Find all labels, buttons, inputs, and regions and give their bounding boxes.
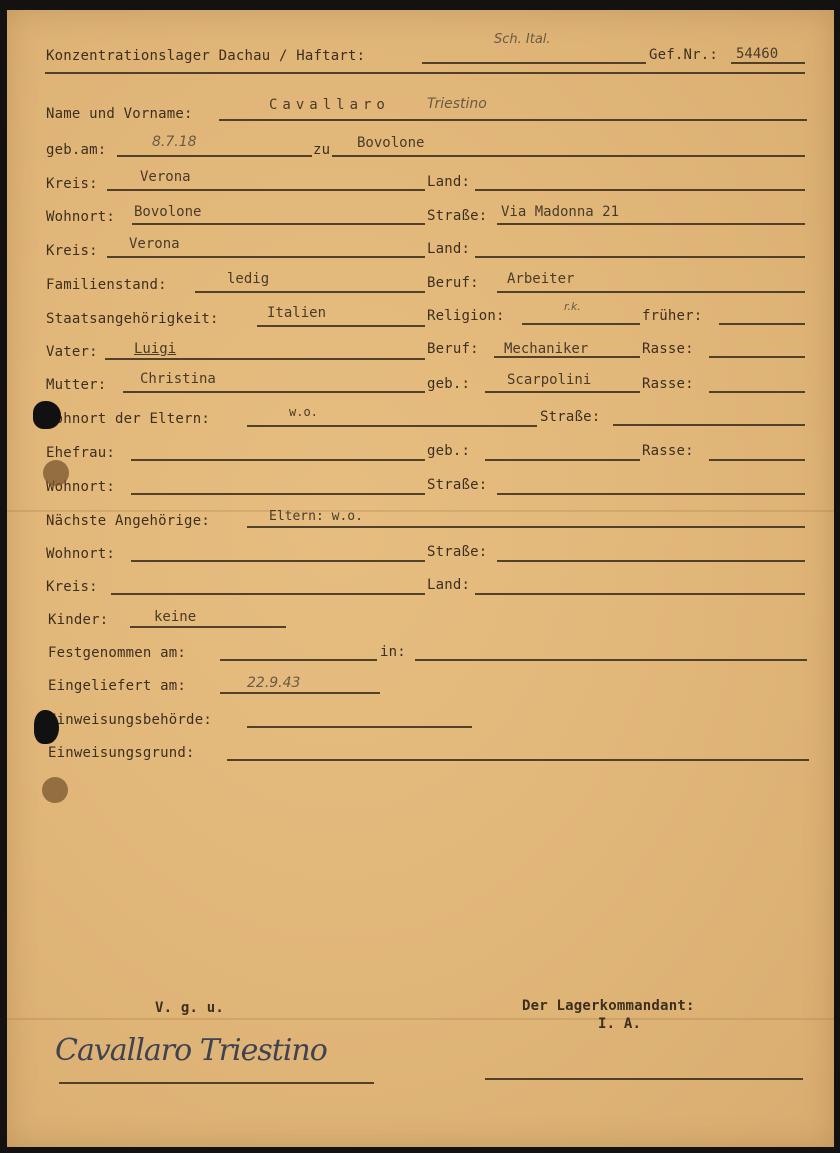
field-line — [497, 223, 805, 225]
field-line — [415, 659, 807, 661]
fold-line — [7, 510, 834, 512]
vater-label: Vater: — [46, 345, 98, 359]
einweisungsgrund-label: Einweisungsgrund: — [48, 746, 195, 760]
field-line — [485, 459, 640, 461]
field-line — [731, 62, 805, 64]
field-line — [719, 323, 805, 325]
mutter-geb-label: geb.: — [427, 377, 470, 391]
born-in-value: Bovolone — [357, 136, 424, 150]
field-line — [247, 425, 537, 427]
eingeliefert-value: 22.9.43 — [247, 676, 300, 690]
field-line — [497, 291, 805, 293]
wohnort-value: Bovolone — [134, 205, 201, 219]
kreis-label: Kreis: — [46, 244, 98, 258]
staatsangehoerigkeit-label: Staatsangehörigkeit: — [46, 312, 219, 326]
field-line — [497, 493, 805, 495]
eingeliefert-label: Eingeliefert am: — [48, 679, 186, 693]
land-label: Land: — [427, 242, 470, 256]
document-page: Konzentrationslager Dachau / Haftart: Sc… — [7, 10, 834, 1147]
field-line — [709, 356, 805, 358]
frueher-label: früher: — [642, 309, 702, 323]
vater-beruf-label: Beruf: — [427, 342, 479, 356]
ia-label: I. A. — [598, 1017, 641, 1031]
haftart-value: Sch. Ital. — [494, 33, 551, 46]
religion-label: Religion: — [427, 309, 505, 323]
field-line — [475, 189, 805, 191]
beruf-value: Arbeiter — [507, 272, 574, 286]
camp-label: Konzentrationslager Dachau / Haftart: — [46, 49, 365, 63]
naechste-angehoerige-label: Nächste Angehörige: — [46, 514, 210, 528]
field-line — [709, 391, 805, 393]
field-line — [522, 323, 640, 325]
field-line — [247, 726, 472, 728]
vgu-label: V. g. u. — [155, 1001, 224, 1015]
prisoner-signature: Cavallaro Triestino — [55, 1033, 327, 1068]
familienstand-value: ledig — [227, 272, 269, 286]
field-line — [219, 119, 807, 121]
ehefrau-geb-label: geb.: — [427, 444, 470, 458]
kreis-label: Kreis: — [46, 580, 98, 594]
field-line — [131, 493, 425, 495]
field-line — [227, 759, 809, 761]
religion-value: r.k. — [564, 301, 581, 312]
staatsangehoerigkeit-value: Italien — [267, 306, 326, 320]
vater-rasse-label: Rasse: — [642, 342, 694, 356]
field-line — [107, 256, 425, 258]
field-line — [475, 593, 805, 595]
field-line — [220, 692, 380, 694]
strasse-label: Straße: — [427, 545, 487, 559]
wohnort-label: Wohnort: — [46, 210, 115, 224]
stain — [43, 460, 69, 486]
field-line — [131, 560, 425, 562]
signature-line — [59, 1082, 374, 1084]
field-line — [257, 325, 425, 327]
kreis-label: Kreis: — [46, 177, 98, 191]
strasse-eltern-label: Straße: — [540, 410, 600, 424]
punch-hole — [33, 401, 61, 429]
land-label: Land: — [427, 578, 470, 592]
strasse-label: Straße: — [427, 478, 487, 492]
strasse-value: Via Madonna 21 — [501, 205, 619, 219]
wohnort-eltern-label: Wohnort der Eltern: — [46, 412, 210, 426]
field-line — [195, 291, 425, 293]
field-line — [130, 626, 286, 628]
field-line — [497, 560, 805, 562]
field-line — [123, 391, 425, 393]
field-line — [247, 526, 805, 528]
ehefrau-rasse-label: Rasse: — [642, 444, 694, 458]
field-line — [131, 459, 425, 461]
firstname-value: Triestino — [427, 97, 487, 111]
field-line — [332, 155, 805, 157]
field-line — [111, 593, 425, 595]
vater-value: Luigi — [134, 342, 176, 356]
field-line — [422, 62, 646, 64]
stain — [42, 777, 68, 803]
kreis-value: Verona — [140, 170, 191, 184]
fold-line — [7, 1018, 834, 1020]
naechste-angehoerige-value: Eltern: w.o. — [269, 510, 363, 523]
punch-hole — [34, 710, 59, 744]
festgenommen-label: Festgenommen am: — [48, 646, 186, 660]
familienstand-label: Familienstand: — [46, 278, 167, 292]
kreis-value: Verona — [129, 237, 180, 251]
wohnort-eltern-value: w.o. — [289, 406, 318, 418]
einweisungsbehoerde-label: Einweisungsbehörde: — [48, 713, 212, 727]
born-on-value: 8.7.18 — [152, 135, 197, 149]
born-in-label: zu — [313, 143, 330, 157]
prisoner-number-value: 54460 — [736, 47, 778, 61]
name-label: Name und Vorname: — [46, 107, 193, 121]
vater-beruf-value: Mechaniker — [504, 342, 588, 356]
field-line — [107, 189, 425, 191]
commandant-label: Der Lagerkommandant: — [522, 999, 695, 1013]
ehefrau-label: Ehefrau: — [46, 446, 115, 460]
field-line — [220, 659, 377, 661]
field-line — [475, 256, 805, 258]
field-line — [132, 223, 425, 225]
field-line — [117, 155, 312, 157]
field-line — [105, 358, 425, 360]
field-line — [709, 459, 805, 461]
commandant-signature-line — [485, 1078, 803, 1080]
festgenommen-in-label: in: — [380, 645, 406, 659]
field-line — [485, 391, 640, 393]
prisoner-number-label: Gef.Nr.: — [649, 48, 718, 62]
kinder-label: Kinder: — [48, 613, 108, 627]
mutter-geb-value: Scarpolini — [507, 373, 591, 387]
wohnort-label: Wohnort: — [46, 547, 115, 561]
born-on-label: geb.am: — [46, 143, 106, 157]
header-rule — [45, 72, 805, 74]
surname-value: Cavallaro — [269, 98, 390, 112]
field-line — [613, 424, 805, 426]
mutter-rasse-label: Rasse: — [642, 377, 694, 391]
strasse-label: Straße: — [427, 209, 487, 223]
land-label: Land: — [427, 175, 470, 189]
kinder-value: keine — [154, 610, 196, 624]
mutter-value: Christina — [140, 372, 216, 386]
beruf-label: Beruf: — [427, 276, 479, 290]
mutter-label: Mutter: — [46, 378, 106, 392]
